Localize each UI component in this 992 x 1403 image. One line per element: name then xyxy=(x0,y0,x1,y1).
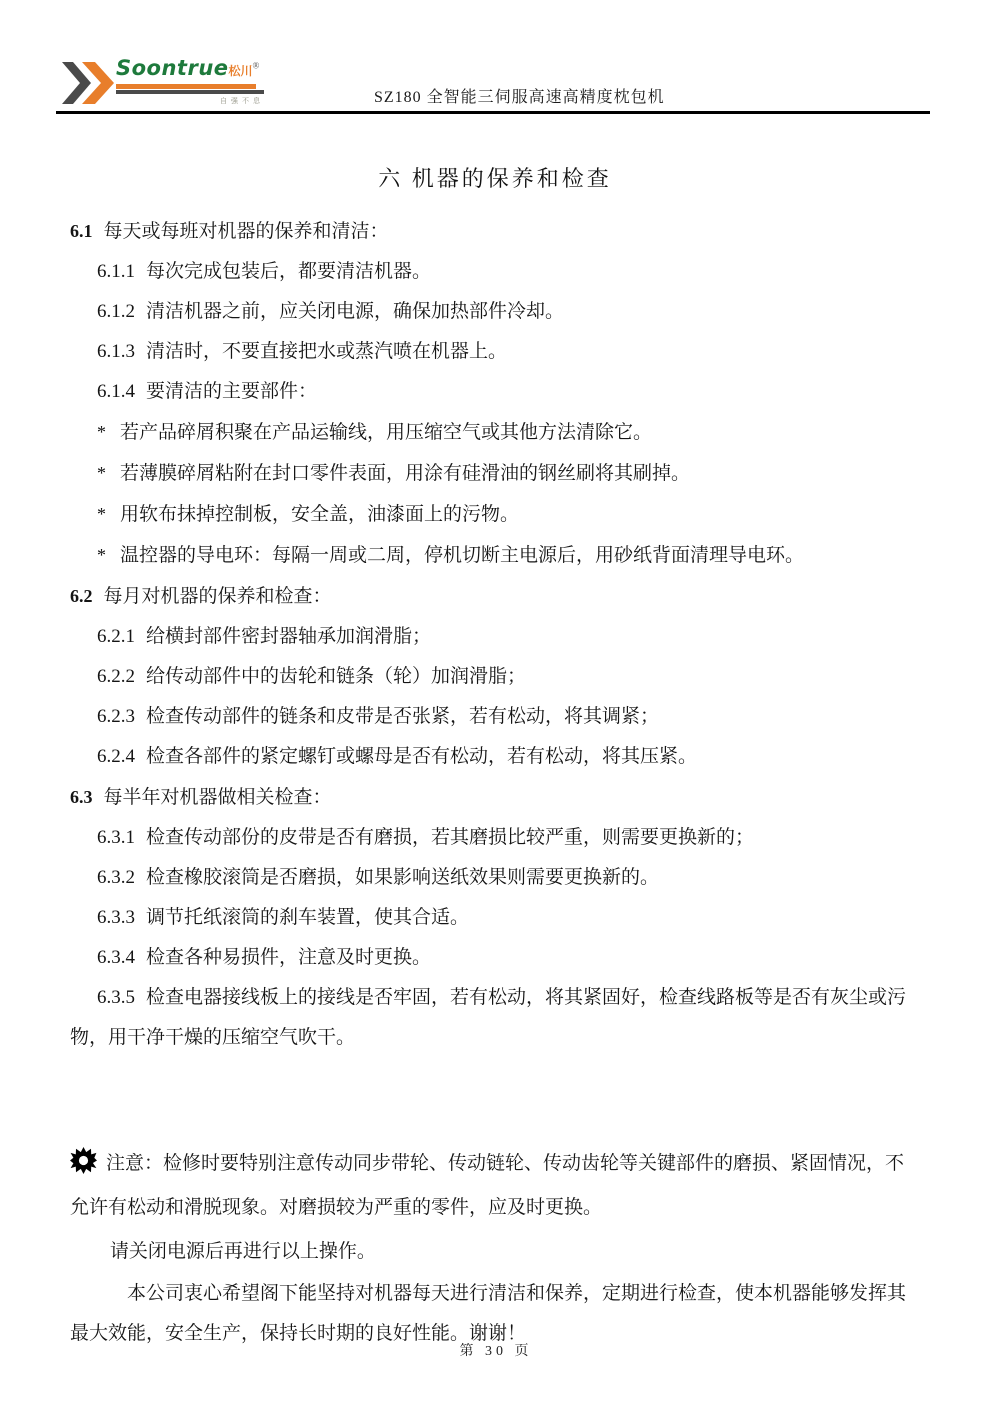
item-text: 清洁机器之前，应关闭电源，确保加热部件冷却。 xyxy=(146,301,564,322)
list-item: 6.2每月对机器的保养和检查： xyxy=(70,576,920,617)
item-text: 每天或每班对机器的保养和清洁： xyxy=(104,221,389,242)
list-item: 6.3.1检查传动部份的皮带是否有磨损，若其磨损比较严重，则需要更换新的； xyxy=(70,818,920,858)
page-number: 第 30 页 xyxy=(0,1340,992,1360)
note-paragraph: 注意：检修时要特别注意传动同步带轮、传动链轮、传动齿轮等关键部件的磨损、紧固情况… xyxy=(70,1142,920,1230)
list-item: 6.1.1每次完成包装后，都要清洁机器。 xyxy=(70,252,920,292)
double-chevron-icon xyxy=(62,62,114,104)
list-item: *温控器的导电环：每隔一周或二周，停机切断主电源后，用砂纸背面清理导电环。 xyxy=(70,535,920,576)
list-item: 6.3.3调节托纸滚筒的刹车装置，使其合适。 xyxy=(70,898,920,938)
item-text: 每次完成包装后，都要清洁机器。 xyxy=(146,261,431,282)
list-item: 6.3.2检查橡胶滚筒是否磨损，如果影响送纸效果则需要更换新的。 xyxy=(70,858,920,898)
note-text: 注意：检修时要特别注意传动同步带轮、传动链轮、传动齿轮等关键部件的磨损、紧固情况… xyxy=(70,1153,904,1218)
item-text: 若产品碎屑积聚在产品运输线，用压缩空气或其他方法清除它。 xyxy=(120,422,652,443)
item-text: 清洁时，不要直接把水或蒸汽喷在机器上。 xyxy=(146,341,507,362)
item-text: 每月对机器的保养和检查： xyxy=(104,586,332,607)
brand-name: Soontrue xyxy=(116,56,229,80)
item-text: 检查橡胶滚筒是否磨损，如果影响送纸效果则需要更换新的。 xyxy=(146,867,659,888)
header-rule xyxy=(56,111,930,114)
manual-page: Soontrue松川® 自强不息 SZ180 全智能三伺服高速高精度枕包机 六 … xyxy=(0,0,992,1403)
bullet-asterisk: * xyxy=(97,422,106,442)
item-number: 6.2.2 xyxy=(97,666,135,687)
item-text: 检查电器接线板上的接线是否牢固，若有松动，将其紧固好，检查线路板等是否有灰尘或污… xyxy=(70,987,906,1048)
item-text: 用软布抹掉控制板，安全盖，油漆面上的污物。 xyxy=(120,504,519,525)
list-item: 6.1.2清洁机器之前，应关闭电源，确保加热部件冷却。 xyxy=(70,292,920,332)
list-item: 6.2.3检查传动部件的链条和皮带是否张紧，若有松动，将其调紧； xyxy=(70,697,920,737)
list-item: *若产品碎屑积聚在产品运输线，用压缩空气或其他方法清除它。 xyxy=(70,412,920,453)
item-text: 检查传动部件的链条和皮带是否张紧，若有松动，将其调紧； xyxy=(146,706,659,727)
list-item: 6.1.4要清洁的主要部件： xyxy=(70,372,920,412)
registered-mark: ® xyxy=(253,61,260,71)
maintenance-list: 6.1每天或每班对机器的保养和清洁： 6.1.1每次完成包装后，都要清洁机器。 … xyxy=(70,211,920,1058)
brand-line: Soontrue松川® xyxy=(116,56,259,80)
item-number: 6.3.5 xyxy=(97,987,135,1008)
list-item: 6.3每半年对机器做相关检查： xyxy=(70,777,920,818)
item-text: 检查传动部份的皮带是否有磨损，若其磨损比较严重，则需要更换新的； xyxy=(146,827,754,848)
list-item: 6.2.1给横封部件密封器轴承加润滑脂； xyxy=(70,617,920,657)
item-number: 6.1.4 xyxy=(97,381,135,402)
item-number: 6.3.3 xyxy=(97,907,135,928)
bullet-asterisk: * xyxy=(97,463,106,483)
power-off-note: 请关闭电源后再进行以上操作。 xyxy=(70,1230,920,1274)
item-text: 给横封部件密封器轴承加润滑脂； xyxy=(146,626,431,647)
logo-tagline: 自强不息 xyxy=(116,96,264,106)
item-text: 检查各部件的紧定螺钉或螺母是否有松动，若有松动，将其压紧。 xyxy=(146,746,697,767)
logo-bar-orange xyxy=(116,84,256,89)
list-item: *若薄膜碎屑粘附在封口零件表面，用涂有硅滑油的钢丝刷将其刷掉。 xyxy=(70,453,920,494)
item-number: 6.1.2 xyxy=(97,301,135,322)
page-title: 六 机器的保养和检查 xyxy=(70,162,920,193)
item-number: 6.3 xyxy=(70,787,93,807)
item-text: 温控器的导电环：每隔一周或二周，停机切断主电源后，用砂纸背面清理导电环。 xyxy=(120,545,804,566)
logo-bar-gray xyxy=(116,90,264,94)
list-item: 6.2.4检查各部件的紧定螺钉或螺母是否有松动，若有松动，将其压紧。 xyxy=(70,737,920,777)
item-number: 6.2.1 xyxy=(97,626,135,647)
item-text: 调节托纸滚筒的刹车装置，使其合适。 xyxy=(146,907,469,928)
item-text: 检查各种易损件，注意及时更换。 xyxy=(146,947,431,968)
item-text: 给传动部件中的齿轮和链条（轮）加润滑脂； xyxy=(146,666,526,687)
item-number: 6.3.1 xyxy=(97,827,135,848)
item-number: 6.3.4 xyxy=(97,947,135,968)
item-number: 6.2.3 xyxy=(97,706,135,727)
item-number: 6.1.3 xyxy=(97,341,135,362)
item-text: 每半年对机器做相关检查： xyxy=(104,787,332,808)
list-item: 6.1.3清洁时，不要直接把水或蒸汽喷在机器上。 xyxy=(70,332,920,372)
list-item: *用软布抹掉控制板，安全盖，油漆面上的污物。 xyxy=(70,494,920,535)
list-item: 6.3.5检查电器接线板上的接线是否牢固，若有松动，将其紧固好，检查线路板等是否… xyxy=(70,978,920,1058)
list-item: 6.1每天或每班对机器的保养和清洁： xyxy=(70,211,920,252)
note-block: 注意：检修时要特别注意传动同步带轮、传动链轮、传动齿轮等关键部件的磨损、紧固情况… xyxy=(70,1142,920,1354)
doc-title: SZ180 全智能三伺服高速高精度枕包机 xyxy=(374,84,665,107)
item-number: 6.1 xyxy=(70,221,93,241)
item-number: 6.2 xyxy=(70,586,93,606)
logo-bars xyxy=(116,84,264,94)
list-item: 6.3.4检查各种易损件，注意及时更换。 xyxy=(70,938,920,978)
item-number: 6.2.4 xyxy=(97,746,135,767)
item-text: 要清洁的主要部件： xyxy=(146,381,317,402)
item-number: 6.3.2 xyxy=(97,867,135,888)
page-content: 六 机器的保养和检查 6.1每天或每班对机器的保养和清洁： 6.1.1每次完成包… xyxy=(70,148,920,1354)
header: Soontrue松川® 自强不息 SZ180 全智能三伺服高速高精度枕包机 xyxy=(0,0,992,116)
bullet-asterisk: * xyxy=(97,504,106,524)
item-text: 若薄膜碎屑粘附在封口零件表面，用涂有硅滑油的钢丝刷将其刷掉。 xyxy=(120,463,690,484)
brand-logo: Soontrue松川® 自强不息 xyxy=(60,56,270,110)
brand-name-chinese: 松川 xyxy=(229,64,253,78)
burst-icon xyxy=(70,1147,97,1174)
item-number: 6.1.1 xyxy=(97,261,135,282)
bullet-asterisk: * xyxy=(97,545,106,565)
list-item: 6.2.2给传动部件中的齿轮和链条（轮）加润滑脂； xyxy=(70,657,920,697)
